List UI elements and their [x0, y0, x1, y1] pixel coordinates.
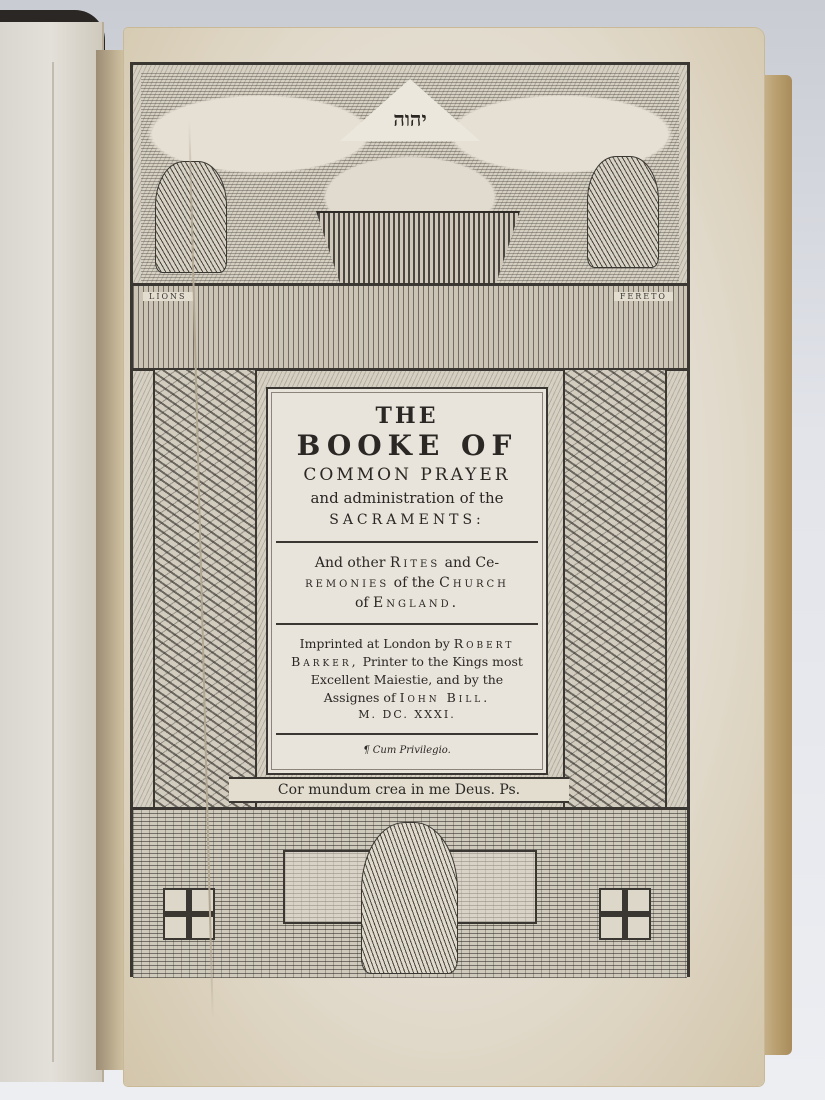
divider-rule — [276, 623, 538, 625]
imprint-line4: Assignes of — [324, 690, 396, 705]
altar-illustration — [316, 211, 520, 285]
of-england-pre: of — [355, 595, 369, 611]
engraved-base — [133, 807, 687, 978]
imprint: Imprinted at London by Robert Barker, Pr… — [268, 635, 546, 707]
motto-band: Cor mundum crea in me Deus. Ps. — [229, 777, 569, 803]
title-booke-of: BOOKE OF — [268, 429, 546, 463]
engraved-sky-clouds: יהוה — [141, 71, 679, 281]
king-david-harp-illustration — [361, 822, 458, 974]
rites-post: and Ce- — [445, 555, 500, 571]
subtitle-rites: And other Rites and Ce- remonies of the … — [268, 553, 546, 613]
imprint-line2: Printer to the Kings most — [363, 654, 523, 669]
vine-column-right — [563, 370, 667, 810]
title-panel: THE BOOKE OF COMMON PRAYER and administr… — [266, 387, 548, 775]
title-sacraments: SACRAMENTS: — [268, 509, 546, 531]
flyleaf-crease — [52, 62, 54, 1062]
pedestal-label-left: LIONS — [143, 292, 193, 301]
ceremonies-post: of the — [394, 575, 435, 591]
title-administration: and administration of the — [268, 487, 546, 509]
imprint-line3: Excellent Maiestie, and by the — [311, 672, 503, 687]
imprint-barker: Barker, — [291, 654, 359, 669]
imprint-john-bill: Iohn Bill. — [400, 690, 491, 705]
imprint-robert: Robert — [454, 636, 515, 651]
rites-pre: And other — [315, 555, 386, 571]
imprint-line1: Imprinted at London by — [300, 636, 450, 651]
engraved-title-frame: יהוה LIONS FERETO THE BOOKE OF COMMON PR… — [130, 62, 690, 977]
of-england-sc: England. — [373, 595, 459, 611]
ceremonies-sc: remonies — [305, 575, 389, 591]
rites-sc: Rites — [390, 555, 440, 571]
entablature: LIONS FERETO — [133, 283, 687, 371]
privilege-notice: ¶ Cum Privilegio. — [268, 745, 546, 756]
title-the: THE — [268, 403, 546, 429]
cross-ornament-icon — [163, 888, 215, 940]
flyleaf-page — [0, 22, 104, 1082]
cross-ornament-icon — [599, 888, 651, 940]
church-sc: Church — [439, 575, 509, 591]
figure-right-illustration — [587, 156, 659, 268]
divider-rule — [276, 733, 538, 735]
title-common-prayer: COMMON PRAYER — [268, 463, 546, 487]
tetragrammaton: יהוה — [393, 107, 426, 132]
publication-date: M. DC. XXXI. — [268, 707, 546, 723]
divider-rule — [276, 541, 538, 543]
pedestal-label-right: FERETO — [614, 292, 673, 301]
